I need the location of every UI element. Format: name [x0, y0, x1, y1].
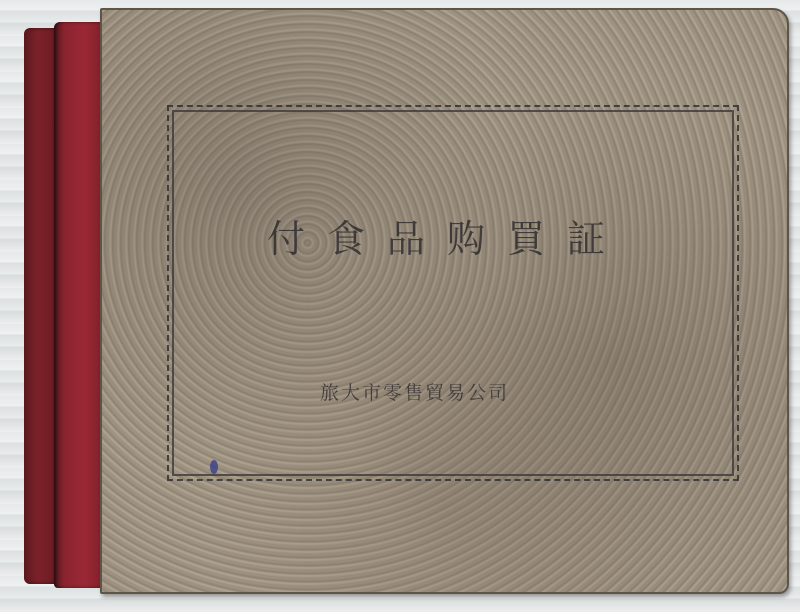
cover-publisher: 旅大市零售貿易公司 — [320, 378, 600, 405]
spine-front-cover — [54, 22, 106, 588]
booklet: 付食品购買証 旅大市零售貿易公司 — [0, 0, 800, 612]
front-cover: 付食品购買証 旅大市零售貿易公司 — [100, 8, 789, 594]
ink-stain — [210, 460, 218, 474]
decorative-border-frame — [172, 110, 734, 476]
cover-title: 付食品购買証 — [267, 208, 647, 263]
spine-back-cover — [24, 28, 58, 584]
